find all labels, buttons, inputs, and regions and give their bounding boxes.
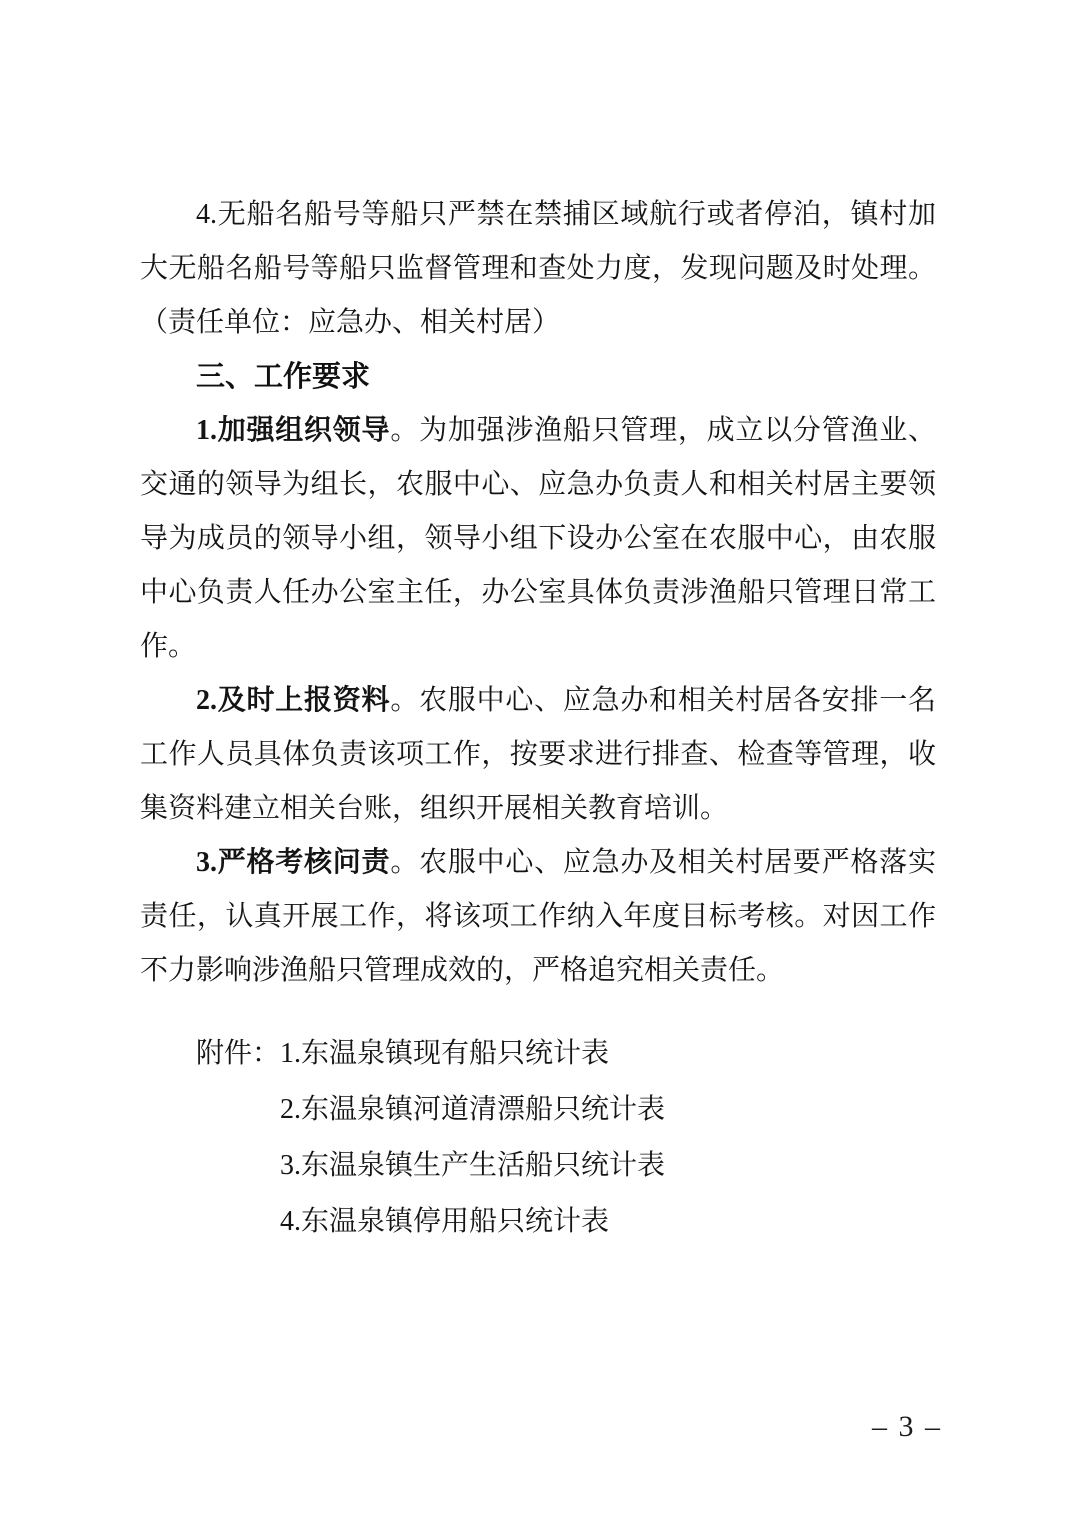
- section-heading-work-requirements: 三、工作要求: [140, 350, 936, 404]
- document-page: 4.无船名船号等船只严禁在禁捕区域航行或者停泊，镇村加大无船名船号等船只监督管理…: [0, 0, 1074, 1520]
- attachment-row-3: 3.东温泉镇生产生活船只统计表: [196, 1138, 936, 1194]
- paragraph-requirement-2: 2.及时上报资料。农服中心、应急办和相关村居各安排一名工作人员具体负责该项工作，…: [140, 674, 936, 836]
- attachment-row-1: 附件： 1.东温泉镇现有船只统计表: [196, 1026, 936, 1082]
- paragraph-requirement-1-lead: 1.加强组织领导: [196, 415, 390, 446]
- paragraph-measure-4-text: 4.无船名船号等船只严禁在禁捕区域航行或者停泊，镇村加大无船名船号等船只监督管理…: [140, 199, 936, 338]
- attachment-item-2: 2.东温泉镇河道清漂船只统计表: [280, 1082, 665, 1138]
- attachment-row-2: 2.东温泉镇河道清漂船只统计表: [196, 1082, 936, 1138]
- attachments-label-spacer: [196, 1194, 280, 1250]
- page-number: – 3 –: [872, 1410, 942, 1444]
- attachment-item-3: 3.东温泉镇生产生活船只统计表: [280, 1138, 665, 1194]
- paragraph-requirement-3: 3.严格考核问责。农服中心、应急办及相关村居要严格落实责任，认真开展工作，将该项…: [140, 836, 936, 998]
- attachments-label-spacer: [196, 1138, 280, 1194]
- paragraph-requirement-3-lead: 3.严格考核问责: [196, 847, 390, 878]
- paragraph-requirement-1-text: 。为加强涉渔船只管理，成立以分管渔业、交通的领导为组长，农服中心、应急办负责人和…: [140, 415, 936, 662]
- attachments-label: 附件：: [196, 1026, 280, 1082]
- attachments-list: 附件： 1.东温泉镇现有船只统计表 2.东温泉镇河道清漂船只统计表 3.东温泉镇…: [196, 1026, 936, 1250]
- paragraph-requirement-2-lead: 2.及时上报资料: [196, 685, 390, 716]
- attachments-label-spacer: [196, 1082, 280, 1138]
- attachment-row-4: 4.东温泉镇停用船只统计表: [196, 1194, 936, 1250]
- paragraph-measure-4: 4.无船名船号等船只严禁在禁捕区域航行或者停泊，镇村加大无船名船号等船只监督管理…: [140, 188, 936, 350]
- attachment-item-4: 4.东温泉镇停用船只统计表: [280, 1194, 609, 1250]
- document-body: 4.无船名船号等船只严禁在禁捕区域航行或者停泊，镇村加大无船名船号等船只监督管理…: [140, 188, 936, 1250]
- attachment-item-1: 1.东温泉镇现有船只统计表: [280, 1026, 609, 1082]
- paragraph-requirement-1: 1.加强组织领导。为加强涉渔船只管理，成立以分管渔业、交通的领导为组长，农服中心…: [140, 404, 936, 674]
